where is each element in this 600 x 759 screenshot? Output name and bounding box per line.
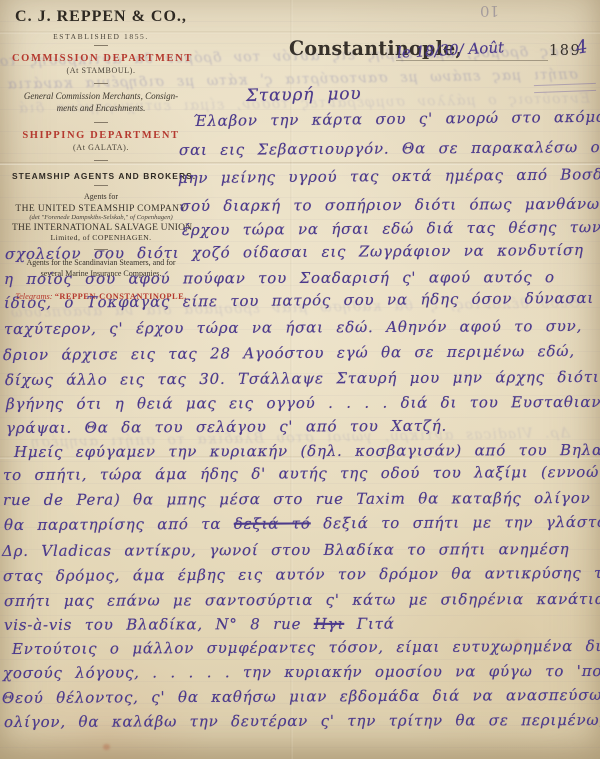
shipping-department: SHIPPING DEPARTMENT: [12, 130, 190, 141]
handwriting-line: δριον άρχισε εις τας 28 Αγοόστου εγώ θα …: [3, 342, 575, 364]
divider-rule: [94, 45, 108, 46]
handwriting-line: σχολείον σου διότι χοζό οίδασαι εις Ζωγρ…: [5, 241, 584, 263]
page-corner-number: 10: [480, 2, 499, 20]
handwriting-segment: θα παρατηρίσης από τα: [4, 515, 234, 534]
handwriting-line: βγήνης ότι η θειά μας εις ογγού . . . . …: [6, 393, 600, 413]
salvage-union-subtitle: Limited, of COPENHAGEN.: [12, 233, 190, 242]
handwriting-line: σού διαρκή το σοπήριον διότι όπως μανθάν…: [180, 195, 600, 215]
shipping-location: (At GALATA).: [12, 143, 190, 152]
handwriting-line: στας δρόμος, άμα έμβης εις αυτόν τον δρό…: [3, 564, 600, 585]
commission-description: General Commission Merchants, Consign- m…: [12, 91, 190, 114]
handwriting-line: μην μείνης υγρού τας οκτά ημέρας από Βοσ…: [178, 165, 600, 187]
handwriting-line: Δρ. Vladicas αντίκρυ, γωνοί στου Βλαδίκα…: [2, 540, 570, 560]
handwriting-line: σπήτι μας επάνω με σαντοσύρτια ς' κάτω μ…: [4, 590, 600, 610]
handwriting-line: δίχως άλλο εις τας 30. Τσάλλαψε Σταυρή μ…: [5, 368, 600, 389]
handwriting-line: ίδιος, ο Τοκφάγας είπε του πατρός σου να…: [4, 289, 594, 312]
brokers-line: STEAMSHIP AGENTS AND BROKERS.: [12, 171, 190, 181]
united-steamship-subtitle: (det "Forenede Dampskibs-Selskab," of Co…: [12, 214, 190, 221]
handwriting-line: η ποίος σου αφού πούφαν του Σοαδαρισή ς'…: [4, 268, 555, 288]
handwriting-line: ταχύτερον, ς' έρχου τώρα να ήσαι εδώ. Αθ…: [4, 317, 582, 338]
established-line: ESTABLISHED 1855.: [12, 32, 190, 41]
handwriting-segment: vis-à-vis του Βλαδίκα, N° 8 rue: [4, 615, 314, 634]
letter-page: στας δρόμος, άμα έμβης εις αυτόν τον δρό…: [0, 0, 600, 759]
handwriting-line: σαι εις Σεβαστιουργόν. Θα σε παρακαλέσω …: [179, 138, 600, 159]
handwriting-line: Ημείς εφύγαμεν την κυριακήν (δηλ. κοσβαγ…: [14, 441, 600, 461]
company-name: C. J. REPPEN & CO.,: [12, 8, 190, 26]
handwriting-segment: δεξιά το σπήτι με την γλάστα: [311, 513, 600, 533]
agents-for-label: Agents for: [12, 192, 190, 201]
commission-description-line1: General Commission Merchants, Consign-: [12, 91, 190, 103]
commission-department: COMMISSION DEPARTMENT: [12, 53, 190, 64]
struck-word: Ηγι: [314, 615, 344, 633]
handwriting-line: θα παρατηρίσης από τα δεξιά τό δεξιά το …: [4, 513, 600, 534]
handwriting-line: Εντούτοις ο μάλλον συμφέραντες τόσον, εί…: [12, 637, 600, 658]
handwriting-line: Έλαβον την κάρτα σου ς' ανορώ στο ακόμαι…: [193, 107, 600, 130]
divider-rule: [94, 160, 108, 161]
handwriting-segment: Γιτά: [344, 615, 395, 633]
handwriting-line: rue de Pera) θα μπης μέσα στο rue Taxim …: [3, 489, 600, 509]
bleedthrough-underline: [534, 83, 596, 93]
divider-rule: [94, 122, 108, 123]
handwriting-line: vis-à-vis του Βλαδίκα, N° 8 rue Ηγι Γιτά: [4, 615, 395, 634]
salvage-union: THE INTERNATIONAL SALVAGE UNION,: [12, 223, 190, 233]
handwriting-line: το σπήτι, τώρα άμα ήδης δ' αυτής της οδο…: [3, 463, 600, 484]
salutation-line: Σταυρή μου: [246, 84, 362, 106]
handwriting-line: χοσούς λόγους, . . . . . την κυριακήν ομ…: [3, 662, 600, 682]
foxing-spot: [103, 744, 110, 750]
handwriting-line: έρχου τώρα να ήσαι εδώ διά τας θέσης των: [182, 218, 600, 239]
handwriting-line: ολίγον, θα καλάβω την δευτέραν ς' την τρ…: [4, 711, 600, 731]
handwritten-year-digit: 4: [574, 36, 589, 59]
handwriting-line: Θεού θέλοντος, ς' θα καθήσω μιαν εβδομάδ…: [2, 686, 600, 707]
commission-description-line2: ments and Encashments.: [12, 103, 190, 115]
divider-rule: [94, 185, 108, 186]
struck-word: δεξιά τό: [234, 514, 311, 532]
handwriting-line: γράψαι. Θα δα του σελάγου ς' από του Χατ…: [6, 417, 447, 437]
united-steamship-company: THE UNITED STEAMSHIP COMPANY: [12, 204, 190, 214]
divider-rule: [94, 83, 108, 84]
commission-location: (At STAMBOUL).: [12, 66, 190, 75]
